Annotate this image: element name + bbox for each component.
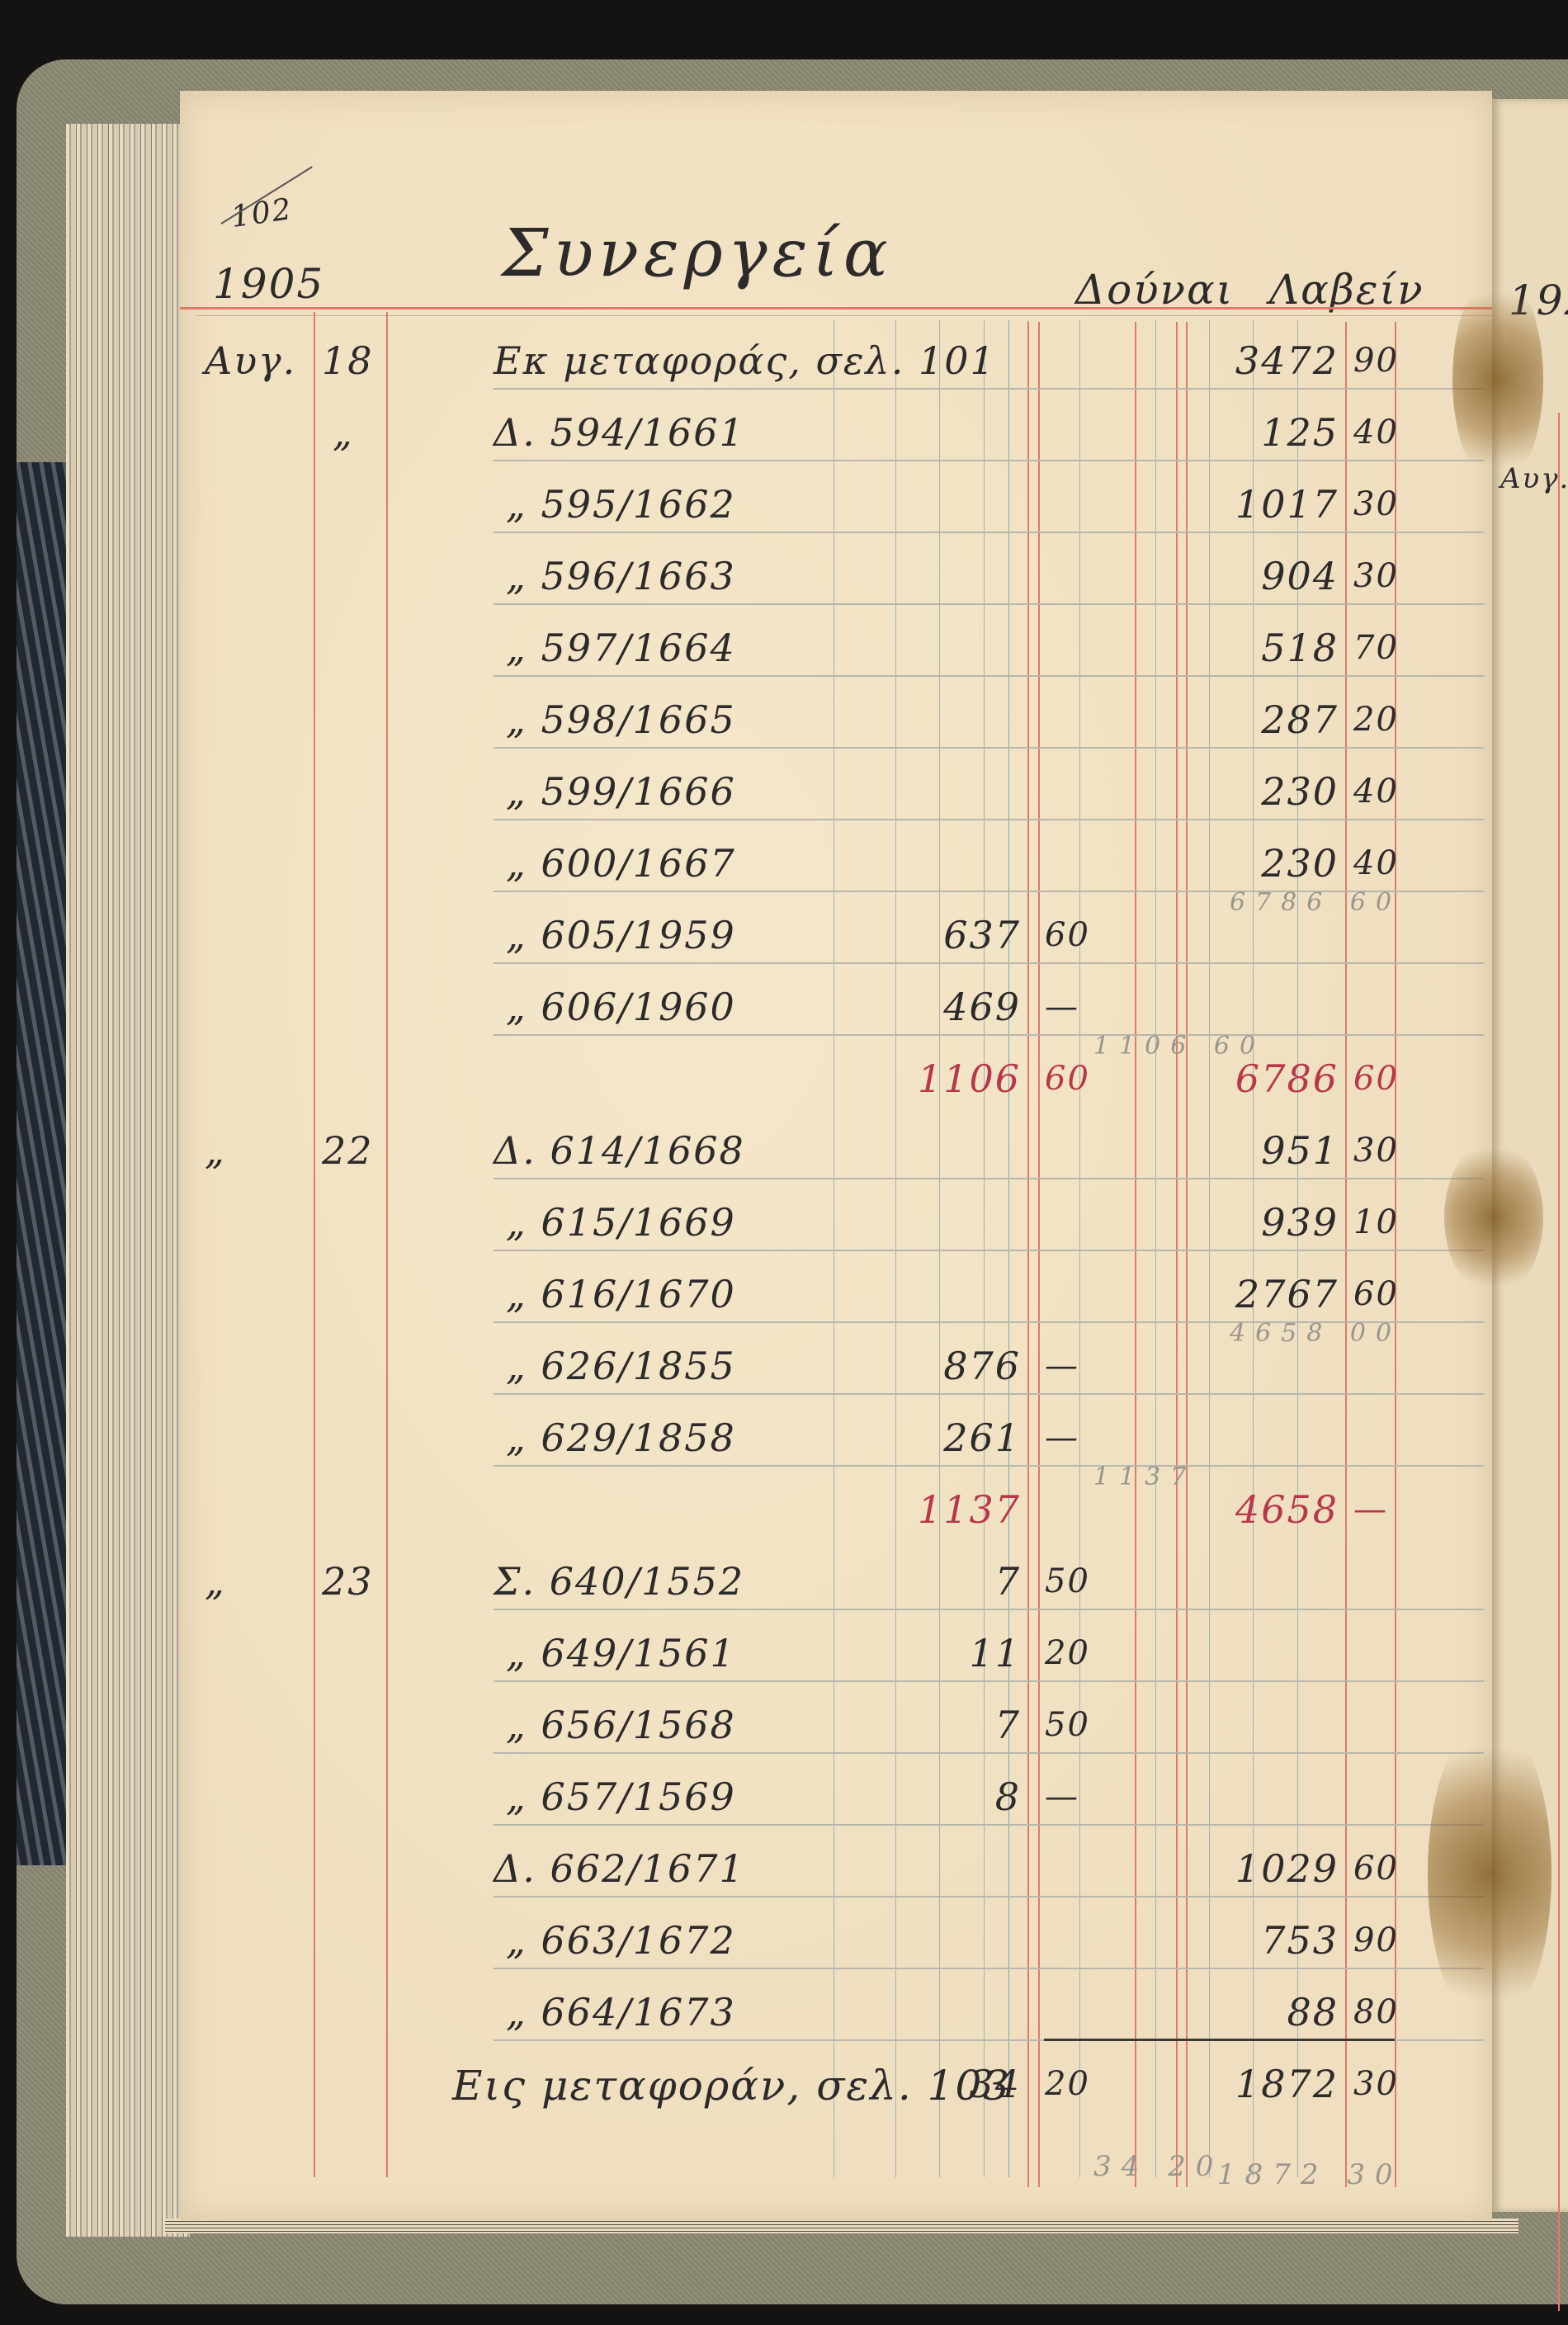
stain: [1428, 1717, 1551, 2030]
credit-amount-units: 1017: [1235, 482, 1339, 527]
row-rule: [494, 819, 1484, 820]
entry-description: „ 598/1665: [506, 697, 736, 742]
entry-description: Δ. 614/1668: [494, 1128, 745, 1173]
debit-amount-cents: —: [1045, 1778, 1079, 1816]
header-rule-thin: [196, 315, 1492, 316]
row-rule: [494, 603, 1484, 605]
credit-amount-units: 287: [1261, 697, 1339, 742]
row-rule: [494, 1250, 1484, 1251]
row-rule: [494, 1752, 1484, 1754]
amount-grid-rule: [834, 320, 834, 2177]
credit-amount-cents: 30: [1353, 485, 1399, 523]
credit-amount-cents: 90: [1353, 342, 1399, 380]
entry-description: „ 600/1667: [506, 841, 736, 886]
page-bottom-edges: [165, 2219, 1518, 2233]
credit-amount-cents: 40: [1353, 844, 1399, 882]
entry-description: „ 663/1672: [506, 1918, 736, 1963]
description-column-rule: [1008, 320, 1009, 2177]
row-rule: [494, 1680, 1484, 1682]
amount-column-rule: [1395, 322, 1396, 2187]
pencil-subtotal-credit: 4658 00: [1230, 1319, 1401, 1348]
entry-month: „: [205, 1128, 226, 1173]
amount-column-rule: [1038, 322, 1040, 2187]
total-debit-units: 1106: [918, 1056, 1021, 1101]
credit-amount-units: 2767: [1235, 1272, 1339, 1316]
credit-amount-cents: 60: [1353, 1850, 1399, 1888]
entry-description: „ 595/1662: [506, 482, 736, 527]
carry-forward-debit-cents: 20: [1045, 2065, 1090, 2103]
total-credit-cents: 60: [1353, 1060, 1399, 1098]
entry-description: „ 616/1670: [506, 1272, 736, 1316]
credit-amount-units: 939: [1261, 1200, 1339, 1245]
credit-amount-units: 88: [1287, 1990, 1339, 2034]
row-rule: [494, 388, 1484, 390]
entry-day: 18: [322, 338, 374, 383]
ledger-page: 102 Συνεργεία 1905 Δούναι Λαβείν Αυγ.18Ε…: [180, 91, 1492, 2220]
debit-amount-cents: 50: [1045, 1562, 1090, 1600]
debit-amount-cents: 20: [1045, 1634, 1090, 1672]
credit-amount-units: 518: [1261, 626, 1339, 670]
entry-description: Εκ μεταφοράς, σελ. 101: [494, 338, 996, 383]
entry-month: Αυγ.: [205, 338, 296, 383]
entry-description: Δ. 594/1661: [494, 410, 745, 455]
row-rule: [494, 1178, 1484, 1179]
entry-description: „ 626/1855: [506, 1344, 736, 1388]
amount-grid-rule: [1297, 320, 1298, 2177]
entry-day: 23: [322, 1559, 374, 1604]
row-rule: [494, 532, 1484, 533]
credit-amount-units: 3472: [1235, 338, 1339, 383]
debit-amount-cents: 50: [1045, 1706, 1090, 1744]
pencil-footer-credit: 1872 30: [1217, 2158, 1403, 2191]
amount-column-rule: [1186, 322, 1188, 2187]
row-rule: [494, 460, 1484, 461]
debit-amount-units: 261: [943, 1415, 1021, 1460]
total-debit-units: 1137: [918, 1487, 1021, 1532]
facing-margin-line: [1558, 413, 1560, 2311]
debit-amount-cents: —: [1045, 1347, 1079, 1385]
credit-amount-units: 125: [1261, 410, 1339, 455]
date-column-rule: [386, 312, 388, 2177]
header-rule: [180, 307, 1492, 310]
total-credit-units: 4658: [1235, 1487, 1339, 1532]
entry-description: „ 597/1664: [506, 626, 736, 670]
carry-forward-credit-units: 1872: [1235, 2062, 1339, 2106]
credit-amount-cents: 40: [1353, 773, 1399, 810]
credit-amount-cents: 80: [1353, 1993, 1399, 2031]
total-rule: [1044, 2039, 1395, 2041]
entry-day: 22: [322, 1128, 374, 1173]
entry-description: Δ. 662/1671: [494, 1846, 745, 1891]
credit-amount-cents: 90: [1353, 1921, 1399, 1959]
total-debit-cents: 60: [1045, 1060, 1090, 1098]
amount-column-rule: [1176, 322, 1178, 2187]
year: 1905: [213, 260, 324, 308]
pencil-subtotal-debit: 1137: [1093, 1463, 1196, 1491]
carry-forward-credit-cents: 30: [1353, 2065, 1399, 2103]
page-edges: [66, 124, 190, 2237]
entry-description: „ 596/1663: [506, 554, 736, 598]
amount-column-rule: [1135, 322, 1136, 2187]
credit-amount-cents: 20: [1353, 701, 1399, 739]
row-rule: [494, 1465, 1484, 1467]
entry-description: „ 599/1666: [506, 769, 736, 814]
debit-amount-units: 11: [969, 1631, 1021, 1675]
amount-grid-rule: [1079, 320, 1080, 2177]
credit-amount-cents: 30: [1353, 1132, 1399, 1170]
row-rule: [494, 747, 1484, 749]
carry-forward-debit-units: 34: [969, 2062, 1021, 2106]
row-rule: [494, 1034, 1484, 1036]
row-rule: [494, 1609, 1484, 1610]
debit-amount-units: 876: [943, 1344, 1021, 1388]
entry-month: „: [205, 1559, 226, 1604]
debit-amount-cents: 60: [1045, 916, 1090, 954]
credit-amount-units: 1029: [1235, 1846, 1339, 1891]
carry-forward-description: Εις μεταφοράν, σελ. 103: [452, 2062, 1011, 2110]
amount-grid-rule: [939, 320, 940, 2177]
debit-amount-cents: —: [1045, 988, 1079, 1026]
amount-column-rule: [1345, 322, 1347, 2187]
entry-description: „ 664/1673: [506, 1990, 736, 2034]
credit-amount-cents: 70: [1353, 629, 1399, 667]
row-rule: [494, 1393, 1484, 1395]
entry-description: „ 606/1960: [506, 985, 736, 1029]
account-title: Συνεργεία: [502, 215, 893, 291]
amount-grid-rule: [1253, 320, 1254, 2177]
credit-amount-units: 230: [1261, 769, 1339, 814]
debit-amount-units: 469: [943, 985, 1021, 1029]
entry-description: „ 605/1959: [506, 913, 736, 957]
entry-description: „ 657/1569: [506, 1774, 736, 1819]
ditto-mark: „: [333, 410, 354, 455]
total-credit-units: 6786: [1235, 1056, 1339, 1101]
debit-amount-units: 7: [995, 1703, 1021, 1747]
credit-amount-units: 904: [1261, 554, 1339, 598]
credit-amount-cents: 60: [1353, 1275, 1399, 1313]
amount-grid-rule: [984, 320, 985, 2177]
entry-description: „ 649/1561: [506, 1631, 736, 1675]
credit-amount-cents: 30: [1353, 557, 1399, 595]
debit-amount-units: 637: [943, 913, 1021, 957]
amount-grid-rule: [1209, 320, 1210, 2177]
row-rule: [494, 1968, 1484, 1969]
pencil-subtotal-credit: 6786 60: [1230, 888, 1401, 917]
amount-grid-rule: [895, 320, 896, 2177]
amount-column-rule: [1027, 322, 1029, 2187]
credit-amount-cents: 40: [1353, 413, 1399, 451]
row-rule: [494, 962, 1484, 964]
row-rule: [494, 675, 1484, 677]
row-rule: [494, 1896, 1484, 1897]
credit-amount-units: 230: [1261, 841, 1339, 886]
amount-grid-rule: [1155, 320, 1156, 2177]
entry-description: „ 656/1568: [506, 1703, 736, 1747]
row-rule: [494, 1824, 1484, 1826]
date-column-rule: [314, 312, 315, 2177]
cover-spine-strip: [17, 462, 66, 1865]
entry-description: „ 629/1858: [506, 1415, 736, 1460]
stain: [1444, 1139, 1543, 1296]
credit-amount-cents: 10: [1353, 1203, 1399, 1241]
credit-amount-units: 951: [1261, 1128, 1339, 1173]
debit-amount-units: 8: [995, 1774, 1021, 1819]
pencil-footer-debit: 34 20: [1093, 2150, 1223, 2183]
credit-amount-units: 753: [1261, 1918, 1339, 1963]
entry-description: Σ. 640/1552: [494, 1559, 744, 1604]
entry-description: „ 615/1669: [506, 1200, 736, 1245]
total-credit-cents: —: [1353, 1491, 1388, 1529]
stain: [1452, 272, 1543, 487]
debit-amount-cents: —: [1045, 1419, 1079, 1457]
debit-amount-units: 7: [995, 1559, 1021, 1604]
